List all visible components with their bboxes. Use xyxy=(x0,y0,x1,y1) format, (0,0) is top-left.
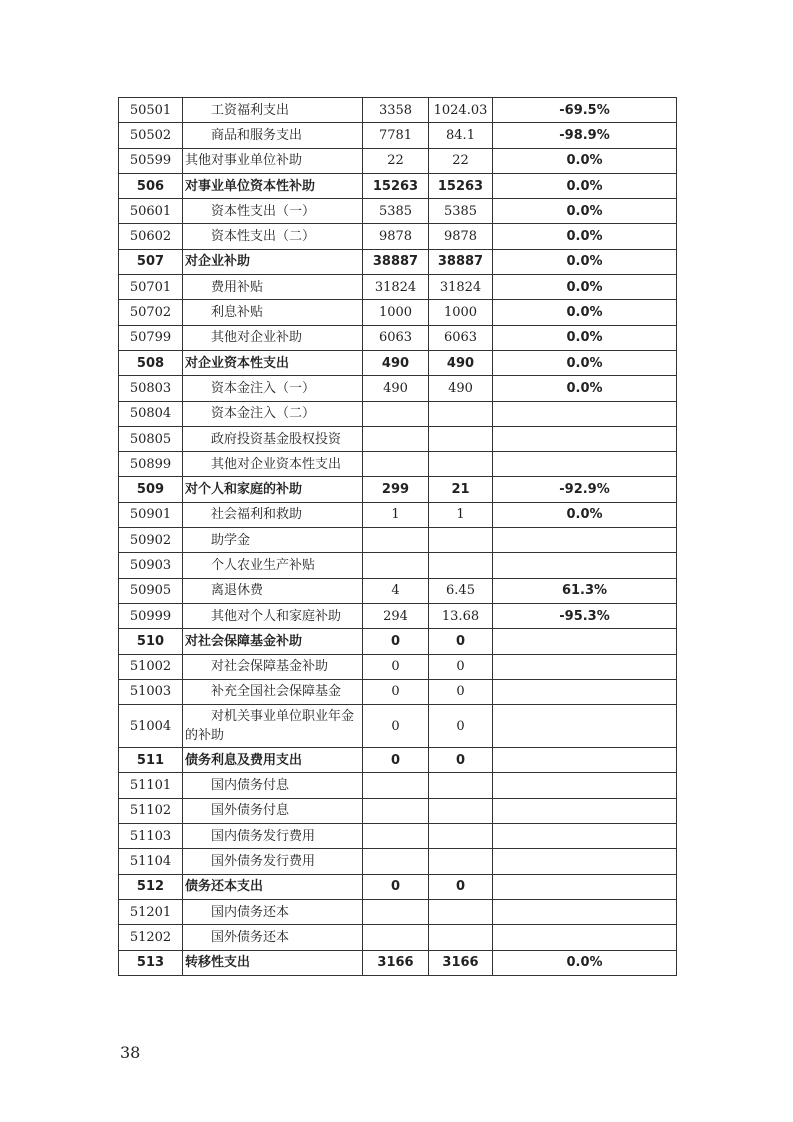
item-name-cell: 对个人和家庭的补助 xyxy=(183,477,363,502)
item-name-cell: 其他对事业单位补助 xyxy=(183,148,363,173)
table-body: 50501工资福利支出33581024.03-69.5%50502商品和服务支出… xyxy=(119,98,677,976)
item-name-cell: 对企业资本性支出 xyxy=(183,350,363,375)
economic-code-cell: 50501 xyxy=(119,98,183,123)
change-percent-cell: 0.0% xyxy=(493,275,677,300)
economic-code-cell: 50804 xyxy=(119,401,183,426)
item-name-cell: 资本性支出（二） xyxy=(183,224,363,249)
item-name-cell: 补充全国社会保障基金 xyxy=(183,679,363,704)
table-row-item: 50601资本性支出（一）538553850.0% xyxy=(119,199,677,224)
table-row-category: 513转移性支出316631660.0% xyxy=(119,950,677,975)
actual-amount-cell: 6063 xyxy=(429,325,493,350)
table-row-item: 50803资本金注入（一）4904900.0% xyxy=(119,376,677,401)
actual-amount-cell: 1024.03 xyxy=(429,98,493,123)
budget-amount-cell xyxy=(363,899,429,924)
change-percent-cell: 0.0% xyxy=(493,325,677,350)
economic-code-cell: 50902 xyxy=(119,528,183,553)
table-row-item: 50999其他对个人和家庭补助29413.68-95.3% xyxy=(119,603,677,628)
change-percent-cell xyxy=(493,452,677,477)
budget-amount-cell: 490 xyxy=(363,350,429,375)
change-percent-cell xyxy=(493,679,677,704)
table-row-item: 50804资本金注入（二） xyxy=(119,401,677,426)
actual-amount-cell: 13.68 xyxy=(429,603,493,628)
economic-code-cell: 51003 xyxy=(119,679,183,704)
actual-amount-cell xyxy=(429,925,493,950)
economic-code-cell: 51102 xyxy=(119,798,183,823)
item-name-cell: 社会福利和救助 xyxy=(183,502,363,527)
item-name-cell: 国外债务还本 xyxy=(183,925,363,950)
item-name-cell: 资本金注入（二） xyxy=(183,401,363,426)
budget-amount-cell xyxy=(363,824,429,849)
change-percent-cell xyxy=(493,629,677,654)
change-percent-cell xyxy=(493,899,677,924)
item-name-cell: 其他对个人和家庭补助 xyxy=(183,603,363,628)
change-percent-cell xyxy=(493,925,677,950)
table-row-item: 50901社会福利和救助110.0% xyxy=(119,502,677,527)
economic-code-cell: 507 xyxy=(119,249,183,274)
budget-amount-cell xyxy=(363,401,429,426)
item-name-cell: 助学金 xyxy=(183,528,363,553)
budget-amount-cell: 1000 xyxy=(363,300,429,325)
economic-code-cell: 50903 xyxy=(119,553,183,578)
table-row-category: 512债务还本支出00 xyxy=(119,874,677,899)
economic-code-cell: 506 xyxy=(119,173,183,198)
budget-amount-cell xyxy=(363,798,429,823)
change-percent-cell xyxy=(493,654,677,679)
economic-code-cell: 50502 xyxy=(119,123,183,148)
table-row-item: 50905离退休费46.4561.3% xyxy=(119,578,677,603)
item-name-cell: 国外债务发行费用 xyxy=(183,849,363,874)
table-row-item: 50799其他对企业补助606360630.0% xyxy=(119,325,677,350)
change-percent-cell: -98.9% xyxy=(493,123,677,148)
budget-expenditure-table: 50501工资福利支出33581024.03-69.5%50502商品和服务支出… xyxy=(118,97,677,976)
item-name-cell: 离退休费 xyxy=(183,578,363,603)
change-percent-cell xyxy=(493,874,677,899)
table-row-item: 50502商品和服务支出778184.1-98.9% xyxy=(119,123,677,148)
change-percent-cell: -69.5% xyxy=(493,98,677,123)
table-row-item: 51101国内债务付息 xyxy=(119,773,677,798)
actual-amount-cell: 3166 xyxy=(429,950,493,975)
economic-code-cell: 50899 xyxy=(119,452,183,477)
economic-code-cell: 51104 xyxy=(119,849,183,874)
economic-code-cell: 51202 xyxy=(119,925,183,950)
economic-code-cell: 50601 xyxy=(119,199,183,224)
change-percent-cell xyxy=(493,849,677,874)
actual-amount-cell xyxy=(429,849,493,874)
budget-amount-cell: 3358 xyxy=(363,98,429,123)
economic-code-cell: 50599 xyxy=(119,148,183,173)
item-name-cell: 债务还本支出 xyxy=(183,874,363,899)
economic-code-cell: 50905 xyxy=(119,578,183,603)
table-row-item: 51201国内债务还本 xyxy=(119,899,677,924)
actual-amount-cell xyxy=(429,824,493,849)
economic-code-cell: 50803 xyxy=(119,376,183,401)
table-row-item: 50602资本性支出（二）987898780.0% xyxy=(119,224,677,249)
table-row-item: 50899其他对企业资本性支出 xyxy=(119,452,677,477)
item-name-cell: 资本性支出（一） xyxy=(183,199,363,224)
table-row-item: 51104国外债务发行费用 xyxy=(119,849,677,874)
budget-amount-cell xyxy=(363,925,429,950)
actual-amount-cell xyxy=(429,773,493,798)
economic-code-cell: 50805 xyxy=(119,426,183,451)
item-name-cell: 对机关事业单位职业年金的补助 xyxy=(183,705,363,748)
change-percent-cell: 0.0% xyxy=(493,502,677,527)
change-percent-cell: 0.0% xyxy=(493,224,677,249)
economic-code-cell: 50799 xyxy=(119,325,183,350)
actual-amount-cell: 22 xyxy=(429,148,493,173)
table-row-category: 508对企业资本性支出4904900.0% xyxy=(119,350,677,375)
item-name-cell: 政府投资基金股权投资 xyxy=(183,426,363,451)
change-percent-cell: 0.0% xyxy=(493,350,677,375)
item-name-cell: 国内债务发行费用 xyxy=(183,824,363,849)
change-percent-cell: 61.3% xyxy=(493,578,677,603)
change-percent-cell xyxy=(493,705,677,748)
budget-amount-cell: 0 xyxy=(363,705,429,748)
table-row-item: 51102国外债务付息 xyxy=(119,798,677,823)
table-row-item: 51002对社会保障基金补助00 xyxy=(119,654,677,679)
budget-amount-cell: 299 xyxy=(363,477,429,502)
table-row-item: 51202国外债务还本 xyxy=(119,925,677,950)
table-row-item: 50702利息补贴100010000.0% xyxy=(119,300,677,325)
actual-amount-cell: 0 xyxy=(429,748,493,773)
change-percent-cell xyxy=(493,553,677,578)
item-name-cell: 对社会保障基金补助 xyxy=(183,629,363,654)
budget-amount-cell: 0 xyxy=(363,874,429,899)
actual-amount-cell xyxy=(429,452,493,477)
item-name-cell: 国内债务还本 xyxy=(183,899,363,924)
budget-amount-cell: 7781 xyxy=(363,123,429,148)
item-name-cell: 个人农业生产补贴 xyxy=(183,553,363,578)
actual-amount-cell: 9878 xyxy=(429,224,493,249)
table-row-item: 50701费用补贴31824318240.0% xyxy=(119,275,677,300)
change-percent-cell: 0.0% xyxy=(493,376,677,401)
budget-amount-cell: 3166 xyxy=(363,950,429,975)
item-name-cell: 国外债务付息 xyxy=(183,798,363,823)
economic-code-cell: 51004 xyxy=(119,705,183,748)
actual-amount-cell xyxy=(429,426,493,451)
table-row-category: 506对事业单位资本性补助15263152630.0% xyxy=(119,173,677,198)
actual-amount-cell xyxy=(429,553,493,578)
item-name-cell: 国内债务付息 xyxy=(183,773,363,798)
change-percent-cell xyxy=(493,773,677,798)
budget-amount-cell: 0 xyxy=(363,748,429,773)
actual-amount-cell: 15263 xyxy=(429,173,493,198)
actual-amount-cell: 0 xyxy=(429,654,493,679)
economic-code-cell: 509 xyxy=(119,477,183,502)
change-percent-cell xyxy=(493,798,677,823)
budget-amount-cell: 5385 xyxy=(363,199,429,224)
table-row-category: 511债务利息及费用支出00 xyxy=(119,748,677,773)
item-name-cell: 其他对企业补助 xyxy=(183,325,363,350)
budget-amount-cell: 0 xyxy=(363,629,429,654)
item-name-cell: 工资福利支出 xyxy=(183,98,363,123)
economic-code-cell: 511 xyxy=(119,748,183,773)
table-row-item: 51103国内债务发行费用 xyxy=(119,824,677,849)
budget-amount-cell xyxy=(363,773,429,798)
item-name-cell: 对社会保障基金补助 xyxy=(183,654,363,679)
budget-amount-cell: 0 xyxy=(363,679,429,704)
budget-amount-cell xyxy=(363,553,429,578)
budget-amount-cell: 38887 xyxy=(363,249,429,274)
actual-amount-cell: 0 xyxy=(429,705,493,748)
budget-amount-cell: 9878 xyxy=(363,224,429,249)
economic-code-cell: 50702 xyxy=(119,300,183,325)
actual-amount-cell: 31824 xyxy=(429,275,493,300)
table-row-item: 50902助学金 xyxy=(119,528,677,553)
actual-amount-cell: 5385 xyxy=(429,199,493,224)
change-percent-cell xyxy=(493,824,677,849)
economic-code-cell: 50701 xyxy=(119,275,183,300)
budget-amount-cell xyxy=(363,849,429,874)
item-name-cell: 对事业单位资本性补助 xyxy=(183,173,363,198)
change-percent-cell: -95.3% xyxy=(493,603,677,628)
economic-code-cell: 51101 xyxy=(119,773,183,798)
item-name-cell: 债务利息及费用支出 xyxy=(183,748,363,773)
economic-code-cell: 51002 xyxy=(119,654,183,679)
actual-amount-cell xyxy=(429,899,493,924)
budget-amount-cell: 490 xyxy=(363,376,429,401)
table-row-item: 50501工资福利支出33581024.03-69.5% xyxy=(119,98,677,123)
item-name-cell: 资本金注入（一） xyxy=(183,376,363,401)
budget-amount-cell: 15263 xyxy=(363,173,429,198)
actual-amount-cell xyxy=(429,528,493,553)
budget-amount-cell: 4 xyxy=(363,578,429,603)
actual-amount-cell: 490 xyxy=(429,350,493,375)
economic-code-cell: 508 xyxy=(119,350,183,375)
actual-amount-cell: 1 xyxy=(429,502,493,527)
item-name-cell: 对企业补助 xyxy=(183,249,363,274)
change-percent-cell: 0.0% xyxy=(493,249,677,274)
budget-amount-cell: 0 xyxy=(363,654,429,679)
change-percent-cell: -92.9% xyxy=(493,477,677,502)
budget-amount-cell: 6063 xyxy=(363,325,429,350)
actual-amount-cell: 84.1 xyxy=(429,123,493,148)
page-number: 38 xyxy=(120,1043,140,1062)
economic-code-cell: 510 xyxy=(119,629,183,654)
table-row-item: 50805政府投资基金股权投资 xyxy=(119,426,677,451)
item-name-cell: 转移性支出 xyxy=(183,950,363,975)
actual-amount-cell xyxy=(429,798,493,823)
budget-amount-cell: 294 xyxy=(363,603,429,628)
table-row-item: 50599其他对事业单位补助22220.0% xyxy=(119,148,677,173)
actual-amount-cell: 21 xyxy=(429,477,493,502)
actual-amount-cell: 0 xyxy=(429,874,493,899)
economic-code-cell: 512 xyxy=(119,874,183,899)
change-percent-cell: 0.0% xyxy=(493,148,677,173)
actual-amount-cell: 0 xyxy=(429,629,493,654)
economic-code-cell: 513 xyxy=(119,950,183,975)
table-row-item: 51004对机关事业单位职业年金的补助00 xyxy=(119,705,677,748)
item-name-cell: 利息补贴 xyxy=(183,300,363,325)
actual-amount-cell: 1000 xyxy=(429,300,493,325)
actual-amount-cell: 490 xyxy=(429,376,493,401)
budget-amount-cell: 31824 xyxy=(363,275,429,300)
budget-amount-cell xyxy=(363,528,429,553)
budget-amount-cell: 1 xyxy=(363,502,429,527)
economic-code-cell: 50901 xyxy=(119,502,183,527)
economic-code-cell: 50999 xyxy=(119,603,183,628)
actual-amount-cell: 0 xyxy=(429,679,493,704)
change-percent-cell xyxy=(493,401,677,426)
actual-amount-cell: 38887 xyxy=(429,249,493,274)
budget-amount-cell: 22 xyxy=(363,148,429,173)
change-percent-cell: 0.0% xyxy=(493,950,677,975)
economic-code-cell: 51201 xyxy=(119,899,183,924)
table-row-item: 51003补充全国社会保障基金00 xyxy=(119,679,677,704)
change-percent-cell: 0.0% xyxy=(493,173,677,198)
change-percent-cell: 0.0% xyxy=(493,300,677,325)
item-name-cell: 商品和服务支出 xyxy=(183,123,363,148)
actual-amount-cell xyxy=(429,401,493,426)
change-percent-cell: 0.0% xyxy=(493,199,677,224)
table-row-category: 510对社会保障基金补助00 xyxy=(119,629,677,654)
item-name-cell: 其他对企业资本性支出 xyxy=(183,452,363,477)
table-row-category: 507对企业补助38887388870.0% xyxy=(119,249,677,274)
table-row-item: 50903个人农业生产补贴 xyxy=(119,553,677,578)
change-percent-cell xyxy=(493,528,677,553)
actual-amount-cell: 6.45 xyxy=(429,578,493,603)
change-percent-cell xyxy=(493,748,677,773)
economic-code-cell: 50602 xyxy=(119,224,183,249)
budget-amount-cell xyxy=(363,452,429,477)
budget-amount-cell xyxy=(363,426,429,451)
economic-code-cell: 51103 xyxy=(119,824,183,849)
item-name-cell: 费用补贴 xyxy=(183,275,363,300)
table-row-category: 509对个人和家庭的补助29921-92.9% xyxy=(119,477,677,502)
change-percent-cell xyxy=(493,426,677,451)
